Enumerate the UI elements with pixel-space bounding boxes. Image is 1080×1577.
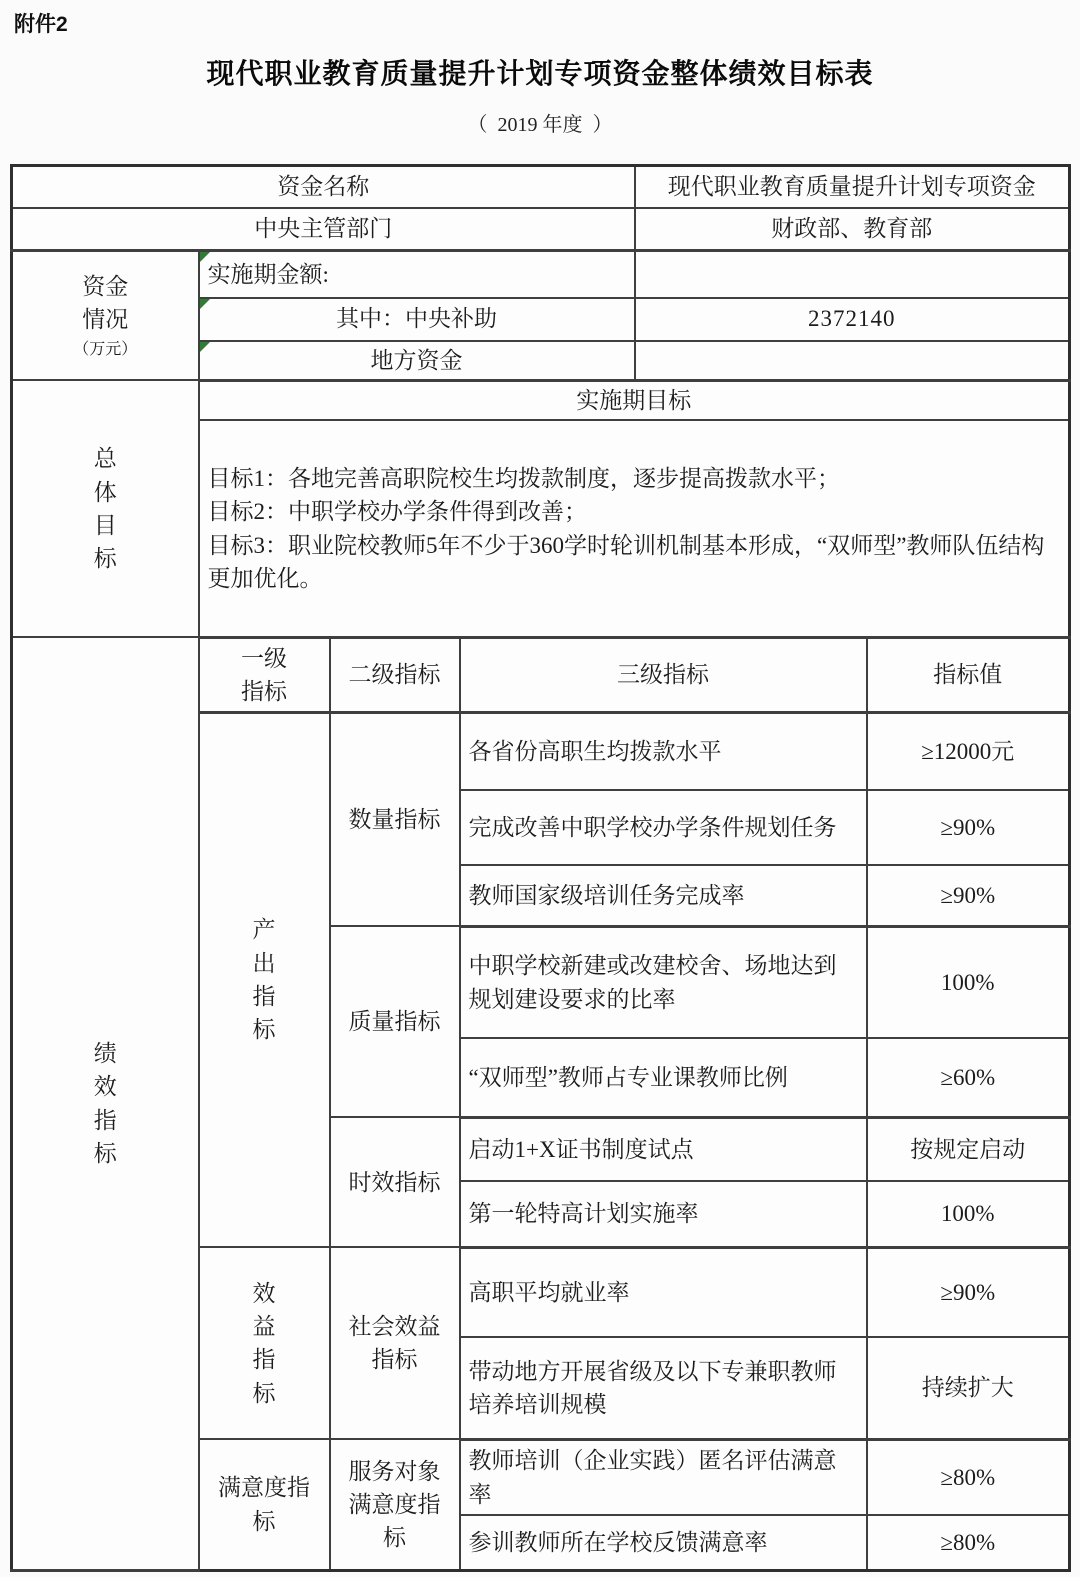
indicator-name: 高职平均就业率 [460, 1247, 867, 1337]
period-amount-label: 实施期金额: [208, 262, 329, 287]
indicator-value: 持续扩大 [867, 1337, 1070, 1439]
attachment-label: 附件2 [14, 8, 68, 38]
indicator-value: 按规定启动 [867, 1117, 1070, 1181]
fund-name-value: 现代职业教育质量提升计划专项资金 [635, 166, 1070, 208]
fund-name-label: 资金名称 [12, 166, 635, 208]
indicator-value: ≥80% [867, 1515, 1070, 1570]
indicator-name: 参训教师所在学校反馈满意率 [460, 1515, 867, 1570]
indicator-name: 完成改善中职学校办学条件规划任务 [460, 790, 867, 865]
level1-satisfaction-label: 满意度指标 [199, 1439, 330, 1570]
indicator-name: 教师培训（企业实践）匿名评估满意率 [460, 1439, 867, 1515]
fund-info-unit: （万元） [21, 338, 190, 361]
indicator-name: 教师国家级培训任务完成率 [460, 865, 867, 926]
indicator-name: 启动1+X证书制度试点 [460, 1117, 867, 1181]
cell-flag-triangle-icon [200, 252, 210, 262]
level2-quantity-label: 数量指标 [330, 712, 460, 926]
cell-flag-triangle-icon [200, 342, 210, 352]
indicator-name: 第一轮特高计划实施率 [460, 1181, 867, 1247]
indicator-value: ≥60% [867, 1038, 1070, 1117]
fund-name-row: 资金名称 现代职业教育质量提升计划专项资金 [12, 166, 1070, 208]
overall-goal-label: 总 体 目 标 [12, 380, 199, 637]
indicator-name: “双师型”教师占专业课教师比例 [460, 1038, 867, 1117]
indicator-value: 100% [867, 1181, 1070, 1247]
header-value: 指标值 [867, 637, 1070, 712]
indicator-value: ≥90% [867, 790, 1070, 865]
fund-info-label: 资金 情况 [82, 274, 128, 332]
indicator-value: 100% [867, 926, 1070, 1038]
local-fund-label: 地方资金 [371, 348, 463, 373]
fund-info-header: 资金 情况 （万元） [12, 251, 199, 381]
level2-timeliness-label: 时效指标 [330, 1117, 460, 1247]
page-title: 现代职业教育质量提升计划专项资金整体绩效目标表 [0, 52, 1080, 92]
level1-benefit-label: 效 益 指 标 [199, 1247, 330, 1439]
header-level3: 三级指标 [460, 637, 867, 712]
indicator-value: ≥80% [867, 1439, 1070, 1515]
indicator-name: 带动地方开展省级及以下专兼职教师培养培训规模 [460, 1337, 867, 1439]
local-fund-value [635, 341, 1070, 381]
period-amount-row: 资金 情况 （万元） 实施期金额: [12, 251, 1070, 298]
level1-output-label: 产 出 指 标 [199, 712, 330, 1247]
central-subsidy-label: 其中：中央补助 [336, 306, 497, 331]
cell-flag-triangle-icon [200, 299, 210, 309]
indicator-name: 各省份高职生均拨款水平 [460, 712, 867, 790]
header-level1: 一级 指标 [199, 637, 330, 712]
level2-social-benefit-label: 社会效益 指标 [330, 1247, 460, 1439]
central-subsidy-cell: 其中：中央补助 [199, 298, 635, 341]
indicator-value: ≥90% [867, 865, 1070, 926]
local-fund-cell: 地方资金 [199, 341, 635, 381]
central-subsidy-value: 2372140 [635, 298, 1070, 341]
goals-text: 目标1：各地完善高职院校生均拨款制度，逐步提高拨款水平； 目标2：中职学校办学条… [199, 420, 1070, 637]
indicator-name: 中职学校新建或改建校舍、场地达到规划建设要求的比率 [460, 926, 867, 1038]
indicator-value: ≥12000元 [867, 712, 1070, 790]
indicator-value: ≥90% [867, 1247, 1070, 1337]
header-level2: 二级指标 [330, 637, 460, 712]
performance-target-table: 资金名称 现代职业教育质量提升计划专项资金 中央主管部门 财政部、教育部 资金 … [10, 164, 1071, 1572]
page-subtitle: （ 2019 年度 ） [0, 108, 1080, 137]
dept-row: 中央主管部门 财政部、教育部 [12, 208, 1070, 251]
period-amount-value [635, 251, 1070, 298]
performance-label: 绩 效 指 标 [12, 637, 199, 1570]
period-goal-header-row: 总 体 目 标 实施期目标 [12, 380, 1070, 420]
indicator-header-row: 绩 效 指 标 一级 指标 二级指标 三级指标 指标值 [12, 637, 1070, 712]
dept-label: 中央主管部门 [12, 208, 635, 251]
period-goal-header: 实施期目标 [199, 380, 1070, 420]
dept-value: 财政部、教育部 [635, 208, 1070, 251]
level2-service-satisfaction-label: 服务对象 满意度指标 [330, 1439, 460, 1570]
level2-quality-label: 质量指标 [330, 926, 460, 1117]
period-amount-cell: 实施期金额: [199, 251, 635, 298]
